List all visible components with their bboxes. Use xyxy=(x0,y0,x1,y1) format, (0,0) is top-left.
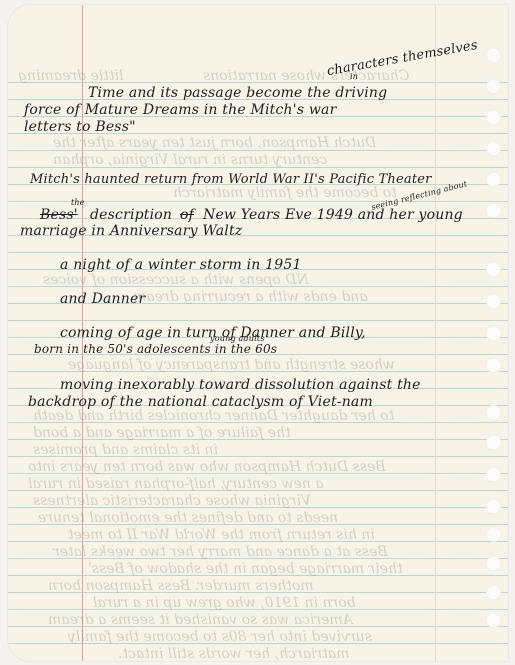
punch-hole xyxy=(486,203,501,218)
punch-hole xyxy=(486,435,501,450)
bleed-through-text: matriarch, her words still intact. xyxy=(118,646,349,661)
bleed-through-text: in his return from the World War II to m… xyxy=(68,527,375,543)
handwritten-line: New Years Eve 1949 and her young xyxy=(203,207,463,223)
bleed-through-text: their marriage began in the shadow of Be… xyxy=(88,561,403,577)
insertion-the: the xyxy=(71,198,85,207)
bleed-through-text: to her daughter Danner chronicles birth … xyxy=(33,408,394,424)
punch-hole xyxy=(486,527,501,542)
punch-hole xyxy=(486,48,501,63)
punch-hole xyxy=(486,613,501,628)
insertion-in: in xyxy=(350,72,358,81)
punch-hole xyxy=(486,405,501,420)
punch-hole xyxy=(486,467,501,482)
punch-hole xyxy=(486,172,501,187)
bleed-through-text: Dutch Hampson, born just ten years after… xyxy=(53,135,376,151)
handwritten-line: Time and its passage become the driving xyxy=(88,85,387,101)
bleed-through-text: little dreaming xyxy=(18,68,123,84)
punch-hole xyxy=(486,499,501,514)
punch-hole xyxy=(486,262,501,277)
bleed-through-text: whose strength and transparency of langu… xyxy=(68,357,395,373)
struck-word: of xyxy=(180,207,194,223)
notebook-page: little dreaming Characters whose narrati… xyxy=(8,5,508,661)
bleed-through-text: in its claims and promises xyxy=(33,442,218,458)
bleed-through-text: America was so vanished it seems a dream xyxy=(48,612,353,628)
handwritten-line: moving inexorably toward dissolution aga… xyxy=(60,377,421,393)
bleed-through-text: born in 1910, who grew up in a rural xyxy=(93,595,356,611)
bleed-through-text: century turns in rural Virginia, orphan xyxy=(53,152,327,168)
punch-hole xyxy=(486,556,501,571)
punch-hole xyxy=(486,79,501,94)
handwritten-line: and Danner xyxy=(60,291,145,307)
handwritten-word: description xyxy=(90,207,172,223)
bleed-through-text: survived into her 80s to become the fami… xyxy=(68,629,372,645)
bleed-through-text: Virginia whose characteristic alertness xyxy=(33,493,311,509)
handwritten-line: backdrop of the national cataclysm of Vi… xyxy=(28,394,373,410)
bleed-through-text: and ends with a recurring dream xyxy=(133,289,368,305)
punch-hole xyxy=(486,358,501,373)
ruled-line xyxy=(8,320,508,321)
bleed-through-text: Characters whose narrations xyxy=(203,68,409,84)
ruled-line xyxy=(8,252,508,253)
bleed-through-text: Bess at a dance and marry her two weeks … xyxy=(53,544,388,560)
punch-hole xyxy=(486,110,501,125)
handwritten-line: force of Mature Dreams in the Mitch's wa… xyxy=(24,102,336,118)
punch-hole xyxy=(486,141,501,156)
bleed-through-text: mothers murder. Bess Hampson born xyxy=(48,578,314,594)
bleed-through-text: the failure of a marriage and a bond xyxy=(33,425,291,441)
bleed-through-text: needs to and defines the emotional tenur… xyxy=(38,510,338,526)
struck-word: Bess' xyxy=(40,207,78,223)
punch-hole xyxy=(486,585,501,600)
bleed-through-text: to become the family matriarch xyxy=(173,185,397,201)
punch-hole xyxy=(486,294,501,309)
bleed-through-text: Bess Dutch Hampson who was born ten year… xyxy=(28,459,386,475)
handwritten-line: Mitch's haunted return from World War II… xyxy=(30,172,432,187)
handwritten-line: a night of a winter storm in 1951 xyxy=(60,257,302,273)
right-margin-line xyxy=(435,5,436,661)
bleed-through-text: ND opens with a succession of voices xyxy=(43,272,309,288)
handwritten-line: marriage in Anniversary Waltz xyxy=(20,223,242,239)
punch-hole xyxy=(486,326,501,341)
handwritten-line: born in the 50's adolescents in the 60s xyxy=(34,342,277,356)
handwritten-line: letters to Bess" xyxy=(24,119,136,135)
bleed-through-text: a new century, half-orphan raised in rur… xyxy=(28,476,324,492)
